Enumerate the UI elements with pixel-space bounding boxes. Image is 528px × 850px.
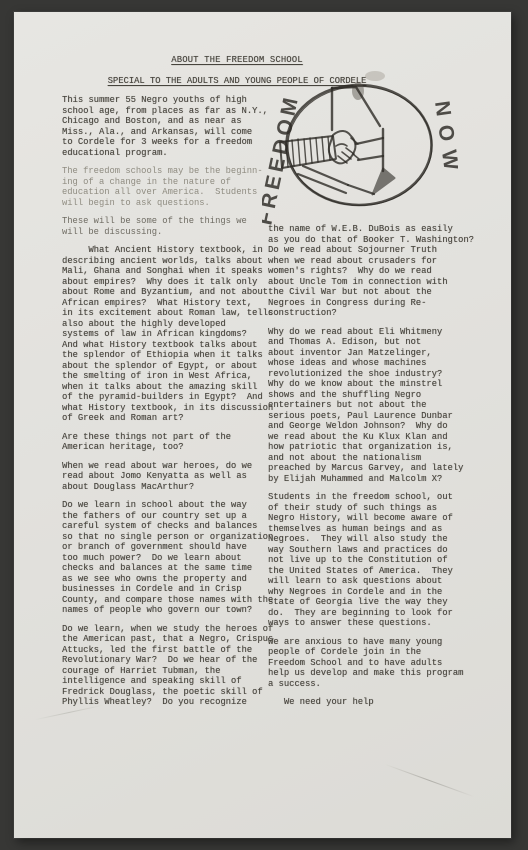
paragraph: When we read about war heroes, do we rea…	[62, 461, 286, 493]
stamp-circle	[287, 85, 433, 206]
paper-crease	[385, 764, 475, 797]
right-column: the name of W.E.B. DuBois as easily as y…	[268, 224, 488, 716]
paragraph: These will be some of the things we will…	[62, 216, 286, 237]
closing-line: We need your help	[268, 697, 488, 708]
paragraph: Students in the freedom school, out of t…	[268, 492, 488, 629]
paragraph: We are anxious to have many young people…	[268, 637, 488, 690]
left-column: This summer 55 Negro youths of high scho…	[62, 95, 286, 716]
paragraph: What Ancient History textbook, in descri…	[62, 245, 286, 424]
page-title: ABOUT THE FREEDOM SCHOOL	[14, 55, 460, 66]
paragraph: Are these things not part of the America…	[62, 432, 286, 453]
paragraph: This summer 55 Negro youths of high scho…	[62, 95, 286, 158]
stamp-word-now: NOW	[430, 99, 458, 180]
paragraph: Do we learn, when we study the heroes of…	[62, 624, 286, 708]
paragraph: Do we learn in school about the way the …	[62, 500, 286, 616]
paragraph: Why do we read about Eli Whitmeny and Th…	[268, 327, 488, 485]
scan-background: ABOUT THE FREEDOM SCHOOL SPECIAL TO THE …	[0, 0, 528, 850]
paragraph: the name of W.E.B. DuBois as easily as y…	[268, 224, 488, 319]
document-page: ABOUT THE FREEDOM SCHOOL SPECIAL TO THE …	[14, 12, 511, 838]
paragraph: The freedom schools may be the beginn- i…	[62, 166, 286, 208]
